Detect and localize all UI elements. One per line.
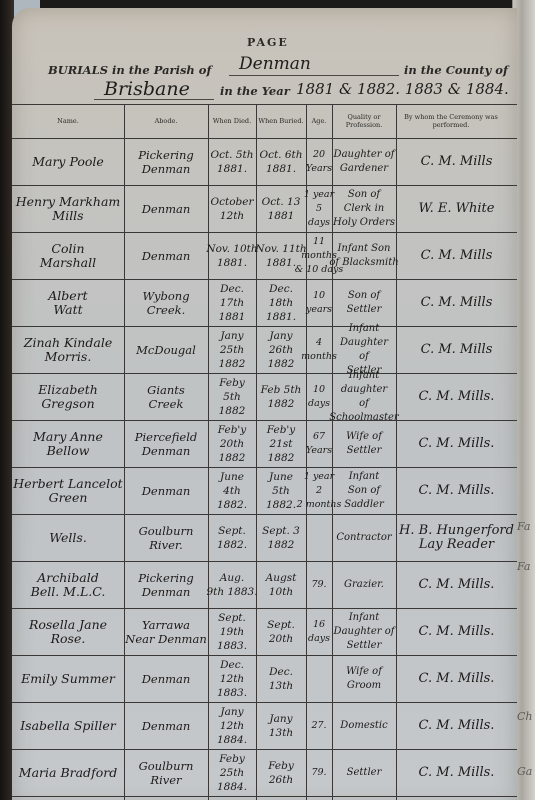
cell-quality-line: Infant bbox=[349, 369, 380, 383]
cell-when-buried: Augst10th bbox=[256, 561, 306, 608]
table-row: ColinMarshallDenmanNov. 10th1881.Nov. 11… bbox=[12, 232, 517, 279]
cell-officiant-line: C. M. Mills bbox=[421, 343, 493, 357]
cell-officiant: C. M. Mills. bbox=[396, 608, 517, 655]
column-header-name: Name. bbox=[12, 104, 124, 138]
cell-officiant: C. M. Mills. bbox=[396, 655, 517, 702]
cell-quality-line: Infant bbox=[349, 322, 380, 336]
cell-age-line: days bbox=[308, 632, 330, 646]
cell-quality: InfantdaughterofSchoolmaster bbox=[332, 373, 396, 420]
cell-when-died-line: 1882 bbox=[219, 451, 246, 465]
cell-officiant-line: C. M. Mills bbox=[421, 249, 493, 263]
cell-abode-line: Wybong bbox=[142, 289, 189, 303]
cell-when-died-line: 1884. bbox=[217, 780, 247, 794]
cell-when-died-line: Feby bbox=[219, 752, 245, 766]
cell-when-buried-line: Jany bbox=[269, 712, 292, 726]
table-row: Henry MarkhamMillsDenmanOctober12thOct. … bbox=[12, 185, 517, 232]
column-header-when-buried: When Buried. bbox=[256, 104, 306, 138]
cell-age-line: 4 bbox=[316, 336, 322, 350]
cell-officiant-line: C. M. Mills. bbox=[419, 578, 495, 592]
table-rule bbox=[12, 104, 517, 105]
cell-when-died-line: 1884. bbox=[217, 733, 247, 747]
cell-quality-line: Infant bbox=[349, 470, 380, 484]
cell-quality: InfantSon ofSaddler bbox=[332, 467, 396, 514]
cell-quality-line: of bbox=[359, 397, 369, 411]
county-fill-line bbox=[94, 99, 214, 100]
cell-abode-line: Goulburn bbox=[139, 759, 194, 773]
cell-when-buried-line: 1881 bbox=[268, 209, 295, 223]
cell-when-buried-line: 18th bbox=[269, 296, 293, 310]
adjacent-page-fragment: Fa bbox=[517, 560, 530, 573]
cell-when-died: October12th bbox=[208, 185, 256, 232]
cell-when-buried: Sept. 31882 bbox=[256, 514, 306, 561]
cell-officiant-line: C. M. Mills bbox=[421, 296, 493, 310]
cell-when-died: Sept.19th1883. bbox=[208, 608, 256, 655]
cell-abode-line: Giants bbox=[147, 383, 185, 397]
cell-quality-line: Settler bbox=[347, 444, 382, 458]
adjacent-page-fragment: Ch bbox=[517, 710, 533, 723]
cell-quality-line: Settler bbox=[347, 766, 382, 780]
cell-quality: Daughter ofGardener bbox=[332, 138, 396, 185]
cell-name-line: Herbert Lancelot bbox=[13, 477, 122, 491]
cell-quality-line: Groom bbox=[347, 679, 381, 693]
cell-abode: YarrawaNear Denman bbox=[124, 608, 208, 655]
cell-when-died-line: 12th bbox=[220, 209, 244, 223]
years-value: 1881 & 1882. 1883 & 1884. bbox=[296, 80, 509, 98]
cell-when-died-line: 1881 bbox=[219, 310, 246, 324]
cell-when-died-line: 1882. bbox=[217, 538, 247, 552]
table-row: Isabella SpillerDenmanJany12th1884.Jany1… bbox=[12, 702, 517, 749]
column-header-age: Age. bbox=[306, 104, 332, 138]
column-header-when-died: When Died. bbox=[208, 104, 256, 138]
cell-abode-line: River bbox=[150, 773, 181, 787]
table-rule bbox=[12, 796, 517, 797]
cell-quality-line: Daughter of bbox=[334, 148, 395, 162]
cell-age-line: Years bbox=[306, 444, 332, 458]
cell-age-line: 16 bbox=[313, 618, 325, 632]
cell-officiant-line: C. M. Mills. bbox=[419, 625, 495, 639]
cell-age: 79. bbox=[306, 561, 332, 608]
cell-name-line: Colin bbox=[51, 242, 84, 256]
cell-when-buried: Jany26th1882 bbox=[256, 326, 306, 373]
cell-abode-line: Denman bbox=[142, 444, 191, 458]
cell-when-died-line: Jany bbox=[220, 705, 243, 719]
cell-abode: Denman bbox=[124, 702, 208, 749]
cell-when-died-line: 12th bbox=[220, 672, 244, 686]
table-row: AlbertWattWybongCreek.Dec.17th1881Dec.18… bbox=[12, 279, 517, 326]
cell-quality: InfantDaughter ofSettler bbox=[332, 608, 396, 655]
cell-quality-line: Daughter of bbox=[334, 625, 395, 639]
cell-abode: GoulburnRiver bbox=[124, 749, 208, 796]
cell-when-buried: Sept.20th bbox=[256, 608, 306, 655]
cell-officiant-line: W. E. White bbox=[419, 202, 495, 216]
cell-name-line: Marshall bbox=[40, 256, 96, 270]
cell-quality-line: Son of bbox=[348, 484, 380, 498]
cell-quality-line: Wife of bbox=[346, 665, 382, 679]
cell-age: 27. bbox=[306, 702, 332, 749]
cell-age: 67Years bbox=[306, 420, 332, 467]
cell-quality-line: Saddler bbox=[344, 498, 384, 512]
cell-age-line: 27. bbox=[311, 719, 326, 733]
cell-when-died-line: 20th bbox=[220, 437, 244, 451]
cell-officiant: C. M. Mills. bbox=[396, 420, 517, 467]
cell-age: 10days bbox=[306, 373, 332, 420]
cell-officiant-line: Lay Reader bbox=[419, 538, 494, 552]
cell-when-died: Oct. 5th1881. bbox=[208, 138, 256, 185]
cell-name: Wells. bbox=[12, 514, 124, 561]
cell-when-died-line: 4th bbox=[223, 484, 241, 498]
cell-quality: Wife ofGroom bbox=[332, 655, 396, 702]
page-label: PAGE bbox=[247, 36, 289, 49]
cell-officiant: C. M. Mills bbox=[396, 279, 517, 326]
cell-when-buried-line: 1882 bbox=[268, 357, 295, 371]
adjacent-page-fragment: Ga bbox=[517, 765, 532, 778]
cell-age-line: 79. bbox=[311, 578, 326, 592]
cell-when-buried: Dec.13th bbox=[256, 655, 306, 702]
cell-when-buried: Feb'y21st1882 bbox=[256, 420, 306, 467]
cell-officiant: C. M. Mills. bbox=[396, 467, 517, 514]
burials-label: BURIALS in the Parish of bbox=[48, 63, 211, 77]
cell-name-line: Wells. bbox=[49, 531, 87, 545]
cell-name: ElizabethGregson bbox=[12, 373, 124, 420]
cell-age bbox=[306, 514, 332, 561]
cell-officiant-line: C. M. Mills. bbox=[419, 766, 495, 780]
cell-officiant: H. B. HungerfordLay Reader bbox=[396, 514, 517, 561]
cell-name: Rosella JaneRose. bbox=[12, 608, 124, 655]
cell-when-died-line: 19th bbox=[220, 625, 244, 639]
cell-when-died: Dec.12th1883. bbox=[208, 655, 256, 702]
cell-when-died-line: 25th bbox=[220, 766, 244, 780]
cell-when-died-line: 1882 bbox=[219, 404, 246, 418]
cell-age-line: 67 bbox=[313, 430, 325, 444]
cell-when-died-line: 25th bbox=[220, 343, 244, 357]
cell-when-died-line: 9th 1883. bbox=[206, 585, 257, 599]
table-row: Emily SummerDenmanDec.12th1883.Dec.13thW… bbox=[12, 655, 517, 702]
cell-abode-line: Creek bbox=[149, 397, 184, 411]
year-label: in the Year bbox=[220, 84, 290, 98]
county-name: Brisbane bbox=[104, 78, 190, 100]
cell-officiant-line: C. M. Mills bbox=[421, 155, 493, 169]
cell-when-died-line: Nov. 10th bbox=[206, 242, 257, 256]
cell-age: 20Years bbox=[306, 138, 332, 185]
parish-line: BURIALS in the Parish of Denman in the C… bbox=[34, 58, 514, 80]
cell-name: Mary Poole bbox=[12, 138, 124, 185]
cell-abode-line: River. bbox=[149, 538, 183, 552]
cell-name-line: Bellow bbox=[47, 444, 90, 458]
table-row: Mary AnneBellowPiercefieldDenmanFeb'y20t… bbox=[12, 420, 517, 467]
cell-when-died-line: Dec. bbox=[220, 282, 244, 296]
cell-when-buried-line: 1881. bbox=[266, 256, 296, 270]
cell-when-died: Feby5th1882 bbox=[208, 373, 256, 420]
cell-quality: Domestic bbox=[332, 702, 396, 749]
cell-when-died: Jany12th1884. bbox=[208, 702, 256, 749]
cell-officiant-line: C. M. Mills. bbox=[419, 672, 495, 686]
cell-officiant-line: H. B. Hungerford bbox=[399, 524, 514, 538]
column-header-quality: Quality or Profession. bbox=[332, 104, 396, 138]
cell-quality: Contractor bbox=[332, 514, 396, 561]
cell-name-line: Green bbox=[49, 491, 88, 505]
cell-abode-line: Yarrawa bbox=[142, 618, 190, 632]
cell-when-died-line: 12th bbox=[220, 719, 244, 733]
cell-age: 10years bbox=[306, 279, 332, 326]
cell-officiant: C. M. Mills bbox=[396, 138, 517, 185]
cell-age: 16days bbox=[306, 608, 332, 655]
cell-when-buried: Oct. 131881 bbox=[256, 185, 306, 232]
cell-abode: Denman bbox=[124, 655, 208, 702]
cell-age-line: days bbox=[308, 216, 330, 230]
cell-when-buried: Feb 5th1882 bbox=[256, 373, 306, 420]
adjacent-page-fragment: Fa bbox=[517, 520, 530, 533]
cell-age-line: 2 bbox=[316, 484, 322, 498]
cell-name-line: Rose. bbox=[51, 632, 86, 646]
cell-when-buried-line: 21st bbox=[270, 437, 293, 451]
cell-quality-line: Clerk in bbox=[344, 202, 384, 216]
cell-age-line: 1 year bbox=[304, 470, 334, 484]
cell-when-died: June4th1882. bbox=[208, 467, 256, 514]
cell-abode-line: Denman bbox=[142, 719, 191, 733]
cell-when-died: Sept.1882. bbox=[208, 514, 256, 561]
cell-age-line: 20 bbox=[313, 148, 325, 162]
table-row: ArchibaldBell. M.L.C.PickeringDenmanAug.… bbox=[12, 561, 517, 608]
cell-officiant: C. M. Mills bbox=[396, 326, 517, 373]
cell-name: Mary AnneBellow bbox=[12, 420, 124, 467]
cell-age: 4months bbox=[306, 326, 332, 373]
cell-abode: GiantsCreek bbox=[124, 373, 208, 420]
cell-abode-line: Near Denman bbox=[125, 632, 206, 646]
cell-age: 1 year22 months bbox=[306, 467, 332, 514]
cell-when-buried: Feby26th bbox=[256, 749, 306, 796]
cell-name: Emily Summer bbox=[12, 655, 124, 702]
register-page: PAGE BURIALS in the Parish of Denman in … bbox=[12, 8, 517, 800]
cell-when-died-line: Oct. 5th bbox=[210, 148, 253, 162]
cell-when-buried-line: 1882. bbox=[266, 498, 296, 512]
cell-when-died-line: Jany bbox=[220, 329, 243, 343]
cell-name-line: Isabella Spiller bbox=[20, 719, 116, 733]
cell-when-died-line: Sept. bbox=[218, 611, 246, 625]
cell-name-line: Henry Markham bbox=[16, 195, 121, 209]
cell-quality: Wife ofSettler bbox=[332, 420, 396, 467]
cell-quality: Infant Sonof Blacksmith bbox=[332, 232, 396, 279]
cell-quality: Son ofSettler bbox=[332, 279, 396, 326]
county-label: in the County of bbox=[404, 63, 508, 77]
cell-abode: PickeringDenman bbox=[124, 561, 208, 608]
cell-abode: Denman bbox=[124, 232, 208, 279]
cell-abode-line: Creek. bbox=[147, 303, 186, 317]
cell-when-died: Dec.17th1881 bbox=[208, 279, 256, 326]
cell-age: 79. bbox=[306, 749, 332, 796]
cell-name-line: Watt bbox=[53, 303, 82, 317]
cell-quality: Son ofClerk inHoly Orders bbox=[332, 185, 396, 232]
cell-quality-line: Infant bbox=[349, 611, 380, 625]
column-header-abode: Abode. bbox=[124, 104, 208, 138]
table-row: ElizabethGregsonGiantsCreekFeby5th1882Fe… bbox=[12, 373, 517, 420]
cell-when-buried-line: 1881. bbox=[266, 162, 296, 176]
cell-name: Herbert LancelotGreen bbox=[12, 467, 124, 514]
cell-abode: GoulburnRiver. bbox=[124, 514, 208, 561]
cell-when-buried-line: Augst bbox=[266, 571, 297, 585]
cell-when-died-line: 1883. bbox=[217, 639, 247, 653]
cell-when-buried-line: Sept. 3 bbox=[262, 524, 300, 538]
table-row: Wells.GoulburnRiver.Sept.1882.Sept. 3188… bbox=[12, 514, 517, 561]
cell-when-died-line: 5th bbox=[223, 390, 241, 404]
page-header: PAGE BURIALS in the Parish of Denman in … bbox=[12, 8, 517, 98]
cell-quality: Settler bbox=[332, 749, 396, 796]
cell-abode-line: Piercefield bbox=[135, 430, 197, 444]
cell-age-line: years bbox=[306, 303, 332, 317]
cell-abode-line: Pickering bbox=[138, 571, 194, 585]
cell-quality-line: daughter bbox=[341, 383, 387, 397]
cell-name-line: Albert bbox=[48, 289, 87, 303]
cell-name-line: Gregson bbox=[41, 397, 94, 411]
cell-when-buried-line: Feby bbox=[268, 759, 294, 773]
parish-name: Denman bbox=[239, 54, 311, 74]
table-row: Zinah KindaleMorris.McDougalJany25th1882… bbox=[12, 326, 517, 373]
cell-quality-line: Son of bbox=[348, 289, 380, 303]
cell-quality: InfantDaughterofSettler bbox=[332, 326, 396, 373]
cell-quality-line: Infant Son bbox=[337, 242, 390, 256]
cell-age: 1 year5days bbox=[306, 185, 332, 232]
cell-quality-line: Gardener bbox=[340, 162, 388, 176]
cell-when-buried-line: Nov. 11th bbox=[255, 242, 306, 256]
cell-when-buried-line: Oct. 13 bbox=[262, 195, 301, 209]
parish-fill-line bbox=[229, 75, 399, 76]
cell-quality-line: Settler bbox=[347, 303, 382, 317]
cell-abode-line: Goulburn bbox=[139, 524, 194, 538]
table-row: Mary PoolePickeringDenmanOct. 5th1881.Oc… bbox=[12, 138, 517, 185]
cell-when-died-line: Aug. bbox=[220, 571, 244, 585]
cell-age bbox=[306, 655, 332, 702]
cell-age-line: 79. bbox=[311, 766, 326, 780]
cell-officiant-line: C. M. Mills. bbox=[419, 719, 495, 733]
cell-abode-line: McDougal bbox=[136, 343, 196, 357]
cell-when-buried-line: Dec. bbox=[269, 665, 293, 679]
cell-when-died-line: June bbox=[220, 470, 244, 484]
cell-when-buried-line: 13th bbox=[269, 679, 293, 693]
cell-name: Zinah KindaleMorris. bbox=[12, 326, 124, 373]
cell-officiant-line: C. M. Mills. bbox=[419, 437, 495, 451]
county-year-line: Brisbane in the Year 1881 & 1882. 1883 &… bbox=[34, 80, 514, 104]
cell-when-died-line: 1883. bbox=[217, 686, 247, 700]
cell-quality-line: Wife of bbox=[346, 430, 382, 444]
cell-name-line: Archibald bbox=[37, 571, 99, 585]
cell-age-line: 1 year bbox=[304, 188, 334, 202]
table-row: Maria BradfordGoulburnRiverFeby25th1884.… bbox=[12, 749, 517, 796]
cell-name-line: Rosella Jane bbox=[29, 618, 107, 632]
cell-officiant: C. M. Mills. bbox=[396, 561, 517, 608]
cell-abode: PickeringDenman bbox=[124, 138, 208, 185]
cell-when-buried-line: 5th bbox=[272, 484, 290, 498]
cell-officiant: C. M. Mills. bbox=[396, 749, 517, 796]
cell-quality-line: Daughter bbox=[340, 336, 388, 350]
cell-name-line: Maria Bradford bbox=[19, 766, 117, 780]
cell-when-buried: Dec.18th1881. bbox=[256, 279, 306, 326]
cell-when-buried-line: 1881. bbox=[266, 310, 296, 324]
cell-quality-line: Son of bbox=[348, 188, 380, 202]
cell-when-died: Feb'y20th1882 bbox=[208, 420, 256, 467]
cell-when-buried-line: Jany bbox=[269, 329, 292, 343]
cell-when-died-line: 17th bbox=[220, 296, 244, 310]
cell-name: Isabella Spiller bbox=[12, 702, 124, 749]
cell-when-died: Feby25th1884. bbox=[208, 749, 256, 796]
cell-quality-line: Contractor bbox=[336, 531, 391, 545]
cell-when-buried-line: 26th bbox=[269, 773, 293, 787]
cell-when-buried-line: Feb'y bbox=[267, 423, 295, 437]
cell-when-died-line: 1882. bbox=[217, 498, 247, 512]
cell-age-line: Years bbox=[306, 162, 332, 176]
cell-abode: PiercefieldDenman bbox=[124, 420, 208, 467]
cell-age-line: 5 bbox=[316, 202, 322, 216]
cell-when-buried-line: 1882 bbox=[268, 451, 295, 465]
cell-when-buried-line: Feb 5th bbox=[261, 383, 302, 397]
cell-quality: Grazier. bbox=[332, 561, 396, 608]
cell-abode: Denman bbox=[124, 467, 208, 514]
table-row: Herbert LancelotGreenDenmanJune4th1882.J… bbox=[12, 467, 517, 514]
cell-when-died: Nov. 10th1881. bbox=[208, 232, 256, 279]
cell-name-line: Bell. M.L.C. bbox=[31, 585, 106, 599]
cell-quality-line: Settler bbox=[347, 639, 382, 653]
cell-name: ArchibaldBell. M.L.C. bbox=[12, 561, 124, 608]
cell-when-buried-line: June bbox=[269, 470, 293, 484]
cell-name-line: Elizabeth bbox=[38, 383, 98, 397]
cell-name: AlbertWatt bbox=[12, 279, 124, 326]
burials-table: Name. Abode. When Died. When Buried. Age… bbox=[12, 104, 517, 800]
cell-abode-line: Pickering bbox=[138, 148, 194, 162]
cell-when-died-line: Feb'y bbox=[218, 423, 246, 437]
cell-abode-line: Denman bbox=[142, 249, 191, 263]
cell-when-buried: Oct. 6th1881. bbox=[256, 138, 306, 185]
cell-when-buried: Jany13th bbox=[256, 702, 306, 749]
cell-age-line: 10 bbox=[313, 383, 325, 397]
cell-abode-line: Denman bbox=[142, 672, 191, 686]
cell-name-line: Morris. bbox=[45, 350, 92, 364]
cell-name-line: Emily Summer bbox=[21, 672, 115, 686]
cell-when-died-line: Sept. bbox=[218, 524, 246, 538]
cell-age-line: days bbox=[308, 397, 330, 411]
cell-quality-line: of bbox=[359, 350, 369, 364]
cell-when-buried-line: Oct. 6th bbox=[259, 148, 302, 162]
cell-age-line: 10 bbox=[313, 289, 325, 303]
cell-name: Henry MarkhamMills bbox=[12, 185, 124, 232]
cell-quality-line: of Blacksmith bbox=[329, 256, 398, 270]
cell-when-died: Jany25th1882 bbox=[208, 326, 256, 373]
cell-when-buried-line: 10th bbox=[269, 585, 293, 599]
cell-when-buried-line: 1882 bbox=[268, 538, 295, 552]
cell-abode-line: Denman bbox=[142, 484, 191, 498]
cell-officiant: W. E. White bbox=[396, 185, 517, 232]
cell-when-buried-line: 13th bbox=[269, 726, 293, 740]
cell-name-line: Zinah Kindale bbox=[24, 336, 112, 350]
cell-age-line: 11 bbox=[313, 235, 325, 249]
cell-when-buried-line: 1882 bbox=[268, 397, 295, 411]
cell-when-died-line: October bbox=[211, 195, 254, 209]
cell-abode: Denman bbox=[124, 185, 208, 232]
cell-officiant: C. M. Mills. bbox=[396, 702, 517, 749]
cell-officiant-line: C. M. Mills. bbox=[419, 484, 495, 498]
cell-quality-line: Grazier. bbox=[344, 578, 384, 592]
cell-name-line: Mary Poole bbox=[32, 155, 104, 169]
cell-name-line: Mills bbox=[52, 209, 83, 223]
cell-officiant: C. M. Mills bbox=[396, 232, 517, 279]
cell-abode: McDougal bbox=[124, 326, 208, 373]
cell-officiant-line: C. M. Mills. bbox=[419, 390, 495, 404]
cell-when-died-line: Feby bbox=[219, 376, 245, 390]
cell-when-died-line: Dec. bbox=[220, 658, 244, 672]
cell-when-buried-line: Sept. bbox=[267, 618, 295, 632]
cell-abode-line: Denman bbox=[142, 202, 191, 216]
cell-when-buried-line: Dec. bbox=[269, 282, 293, 296]
cell-quality-line: Domestic bbox=[340, 719, 387, 733]
cell-abode: WybongCreek. bbox=[124, 279, 208, 326]
cell-abode-line: Denman bbox=[142, 162, 191, 176]
